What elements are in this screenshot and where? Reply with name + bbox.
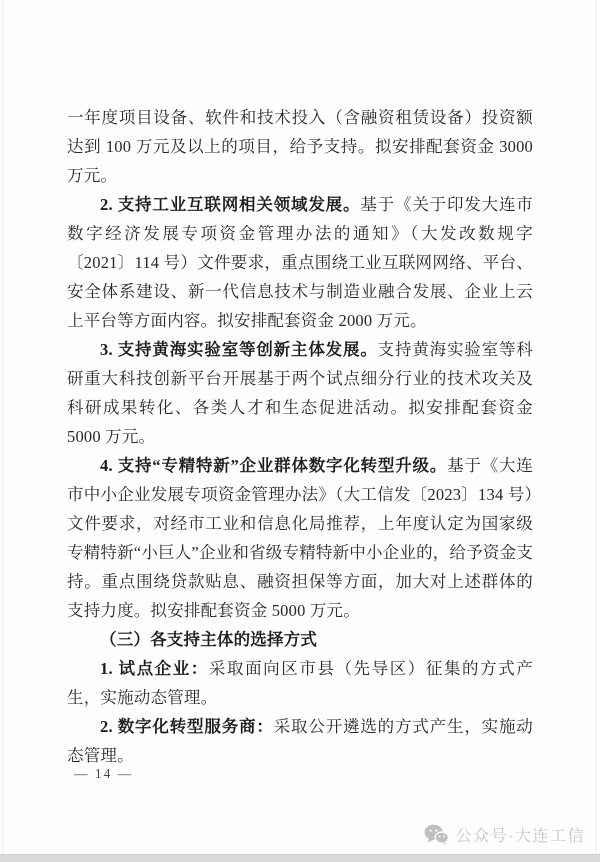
text-run: 基于《大连市中小企业发展专项资金管理办法》（大工信发〔2023〕134 号）文件… [67,456,533,620]
wechat-account-footer: 公众号·大连工信 [424,823,585,846]
document-page: 一年度项目设备、软件和技术投入（含融资租赁设备）投资额达到 100 万元及以上的… [0,0,600,862]
scan-bottom-band [0,854,600,862]
bold-text-run: 1. 试点企业： [100,659,209,678]
footer-account-label: 公众号·大连工信 [456,823,585,846]
bold-text-run: 3. 支持黄海实验室等创新主体发展。 [100,340,378,359]
bold-text-run: 2. 数字化转型服务商： [100,717,274,736]
bold-text-run: 4. 支持“专精特新”企业群体数字化转型升级。 [100,456,447,475]
para-item-3: 3. 支持黄海实验室等创新主体发展。支持黄海实验室等科研重大科技创新平台开展基于… [67,335,533,451]
para-continuation: 一年度项目设备、软件和技术投入（含融资租赁设备）投资额达到 100 万元及以上的… [67,103,533,190]
para-item-4: 4. 支持“专精特新”企业群体数字化转型升级。基于《大连市中小企业发展专项资金管… [67,451,533,625]
para-item-2: 2. 支持工业互联网相关领域发展。基于《关于印发大连市数字经济发展专项资金管理办… [67,190,533,335]
text-run: 一年度项目设备、软件和技术投入（含融资租赁设备）投资额达到 100 万元及以上的… [67,108,533,185]
page-left-edge [2,0,4,854]
heading-section-3: （三）各支持主体的选择方式 [67,625,533,654]
para-select-1: 1. 试点企业：采取面向区市县（先导区）征集的方式产生，实施动态管理。 [67,654,533,712]
para-select-2: 2. 数字化转型服务商：采取公开遴选的方式产生，实施动态管理。 [67,712,533,770]
wechat-icon [424,824,449,845]
page-number: — 14 — [74,766,133,782]
text-run: 基于《关于印发大连市数字经济发展专项资金管理办法的通知》（大发改数规字〔2021… [67,195,533,330]
page-right-edge [595,0,597,854]
bold-text-run: 2. 支持工业互联网相关领域发展。 [100,195,360,214]
document-body: 一年度项目设备、软件和技术投入（含融资租赁设备）投资额达到 100 万元及以上的… [67,103,533,770]
bold-text-run: （三）各支持主体的选择方式 [100,630,317,649]
